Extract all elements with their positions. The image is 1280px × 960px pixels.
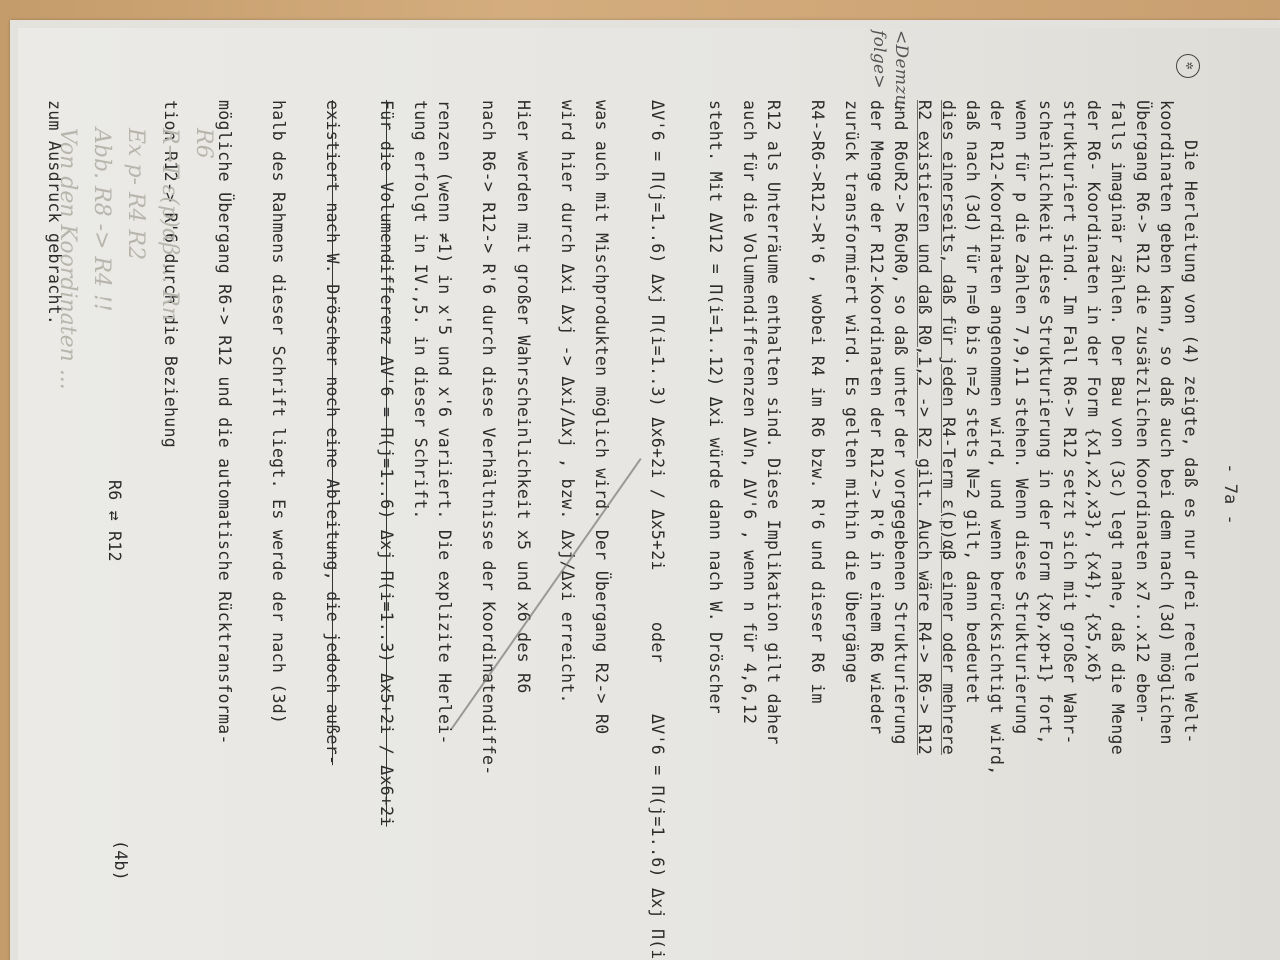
text-line: scheinlichkeit diese Strukturierung in d… xyxy=(1033,100,1057,900)
rotated-page: - 7a - ✲ <Demzu- folge> Die Herleitung v… xyxy=(18,28,1280,960)
pencil-note: Von den Koordinaten ... xyxy=(50,128,84,888)
text-line: steht. Mit ΔV12 = Π(i=1..12) Δxi würde d… xyxy=(683,100,737,900)
text-line: Die Herleitung von (4) zeigte, daß es nu… xyxy=(1178,100,1202,900)
formula-line: ΔV'6 = Π(j=1..6) Δxj Π(i=1..3) Δx6+2i / … xyxy=(613,100,683,900)
document-sheet: - 7a - ✲ <Demzu- folge> Die Herleitung v… xyxy=(18,28,1280,960)
page-number: - 7a - xyxy=(1220,28,1240,960)
text-line: tung erfolgt in IV.,5. in dieser Schrift… xyxy=(408,100,432,900)
text-line: falls imaginär zählen. Der Bau von (3c) … xyxy=(1105,100,1129,900)
text-line: renzen (wenn ≠1) in x'5 und x'6 variiert… xyxy=(432,100,456,900)
pencil-note: Abb. R8 -> R4 !! xyxy=(84,128,118,888)
margin-note: <Demzu- folge> xyxy=(868,30,912,100)
text-line: Hier werden mit großer Wahrscheinlichkei… xyxy=(510,100,534,900)
pencil-note: Ex p- R4 R2 xyxy=(118,128,152,888)
struck-line: Für die Volumendifferenz ΔV'6 = Π(j=1..6… xyxy=(354,100,408,900)
text-line: nach R6-> R12-> R'6 durch diese Verhältn… xyxy=(456,100,510,900)
text-line: koordinaten geben kann, so daß auch bei … xyxy=(1154,100,1178,900)
text-line: der R6- Koordinaten in der Form {x1,x2,x… xyxy=(1081,100,1105,900)
text-line: zurück transformiert wird. Es gelten mit… xyxy=(839,100,863,900)
struck-line: existiert nach W. Dröscher noch eine Abl… xyxy=(300,100,354,900)
text-line: R4->R6->R12->R'6 , wobei R4 im R6 bzw. R… xyxy=(785,100,839,900)
text-line: der Menge der R12-Koordinaten der R12-> … xyxy=(863,100,887,900)
pencil-note: R→T ε(p)αβ ... Rn xyxy=(152,128,186,888)
pencil-note: R6 xyxy=(186,128,220,888)
text-line: daß nach (3d) für n=0 bis n=2 stets N=2 … xyxy=(960,100,984,900)
text-line: R2 existieren und daß R0,1,2 -> R2 gilt.… xyxy=(912,100,936,900)
pencil-notes: R6 R→T ε(p)αβ ... Rn Ex p- R4 R2 Abb. R8… xyxy=(50,128,220,888)
text-line: halb des Rahmens dieser Schrift liegt. E… xyxy=(246,100,300,900)
text-line: wird hier durch Δxi Δxj -> Δxi/Δxj , bzw… xyxy=(535,100,589,900)
text-line: der R12-Koordinaten angenommen wird, und… xyxy=(984,100,1008,900)
text-line: dies einerseits, daß für jeden R4-Term ε… xyxy=(936,100,960,900)
text-line: strukturiert sind. Im Fall R6-> R12 setz… xyxy=(1057,100,1081,900)
text-line: auch für die Volumendifferenzen ΔVn, ΔV'… xyxy=(737,100,761,900)
stamp-icon: ✲ xyxy=(1176,54,1200,78)
text-line: wenn für p die Zahlen 7,9,11 stehen. Wen… xyxy=(1009,100,1033,900)
text-line: Übergang R6-> R12 die zusätzlichen Koord… xyxy=(1129,100,1153,900)
text-line: und R6∪R2-> R6∪R0, so daß unter der vorg… xyxy=(888,100,912,900)
text-line: R12 als Unterräume enthalten sind. Diese… xyxy=(761,100,785,900)
